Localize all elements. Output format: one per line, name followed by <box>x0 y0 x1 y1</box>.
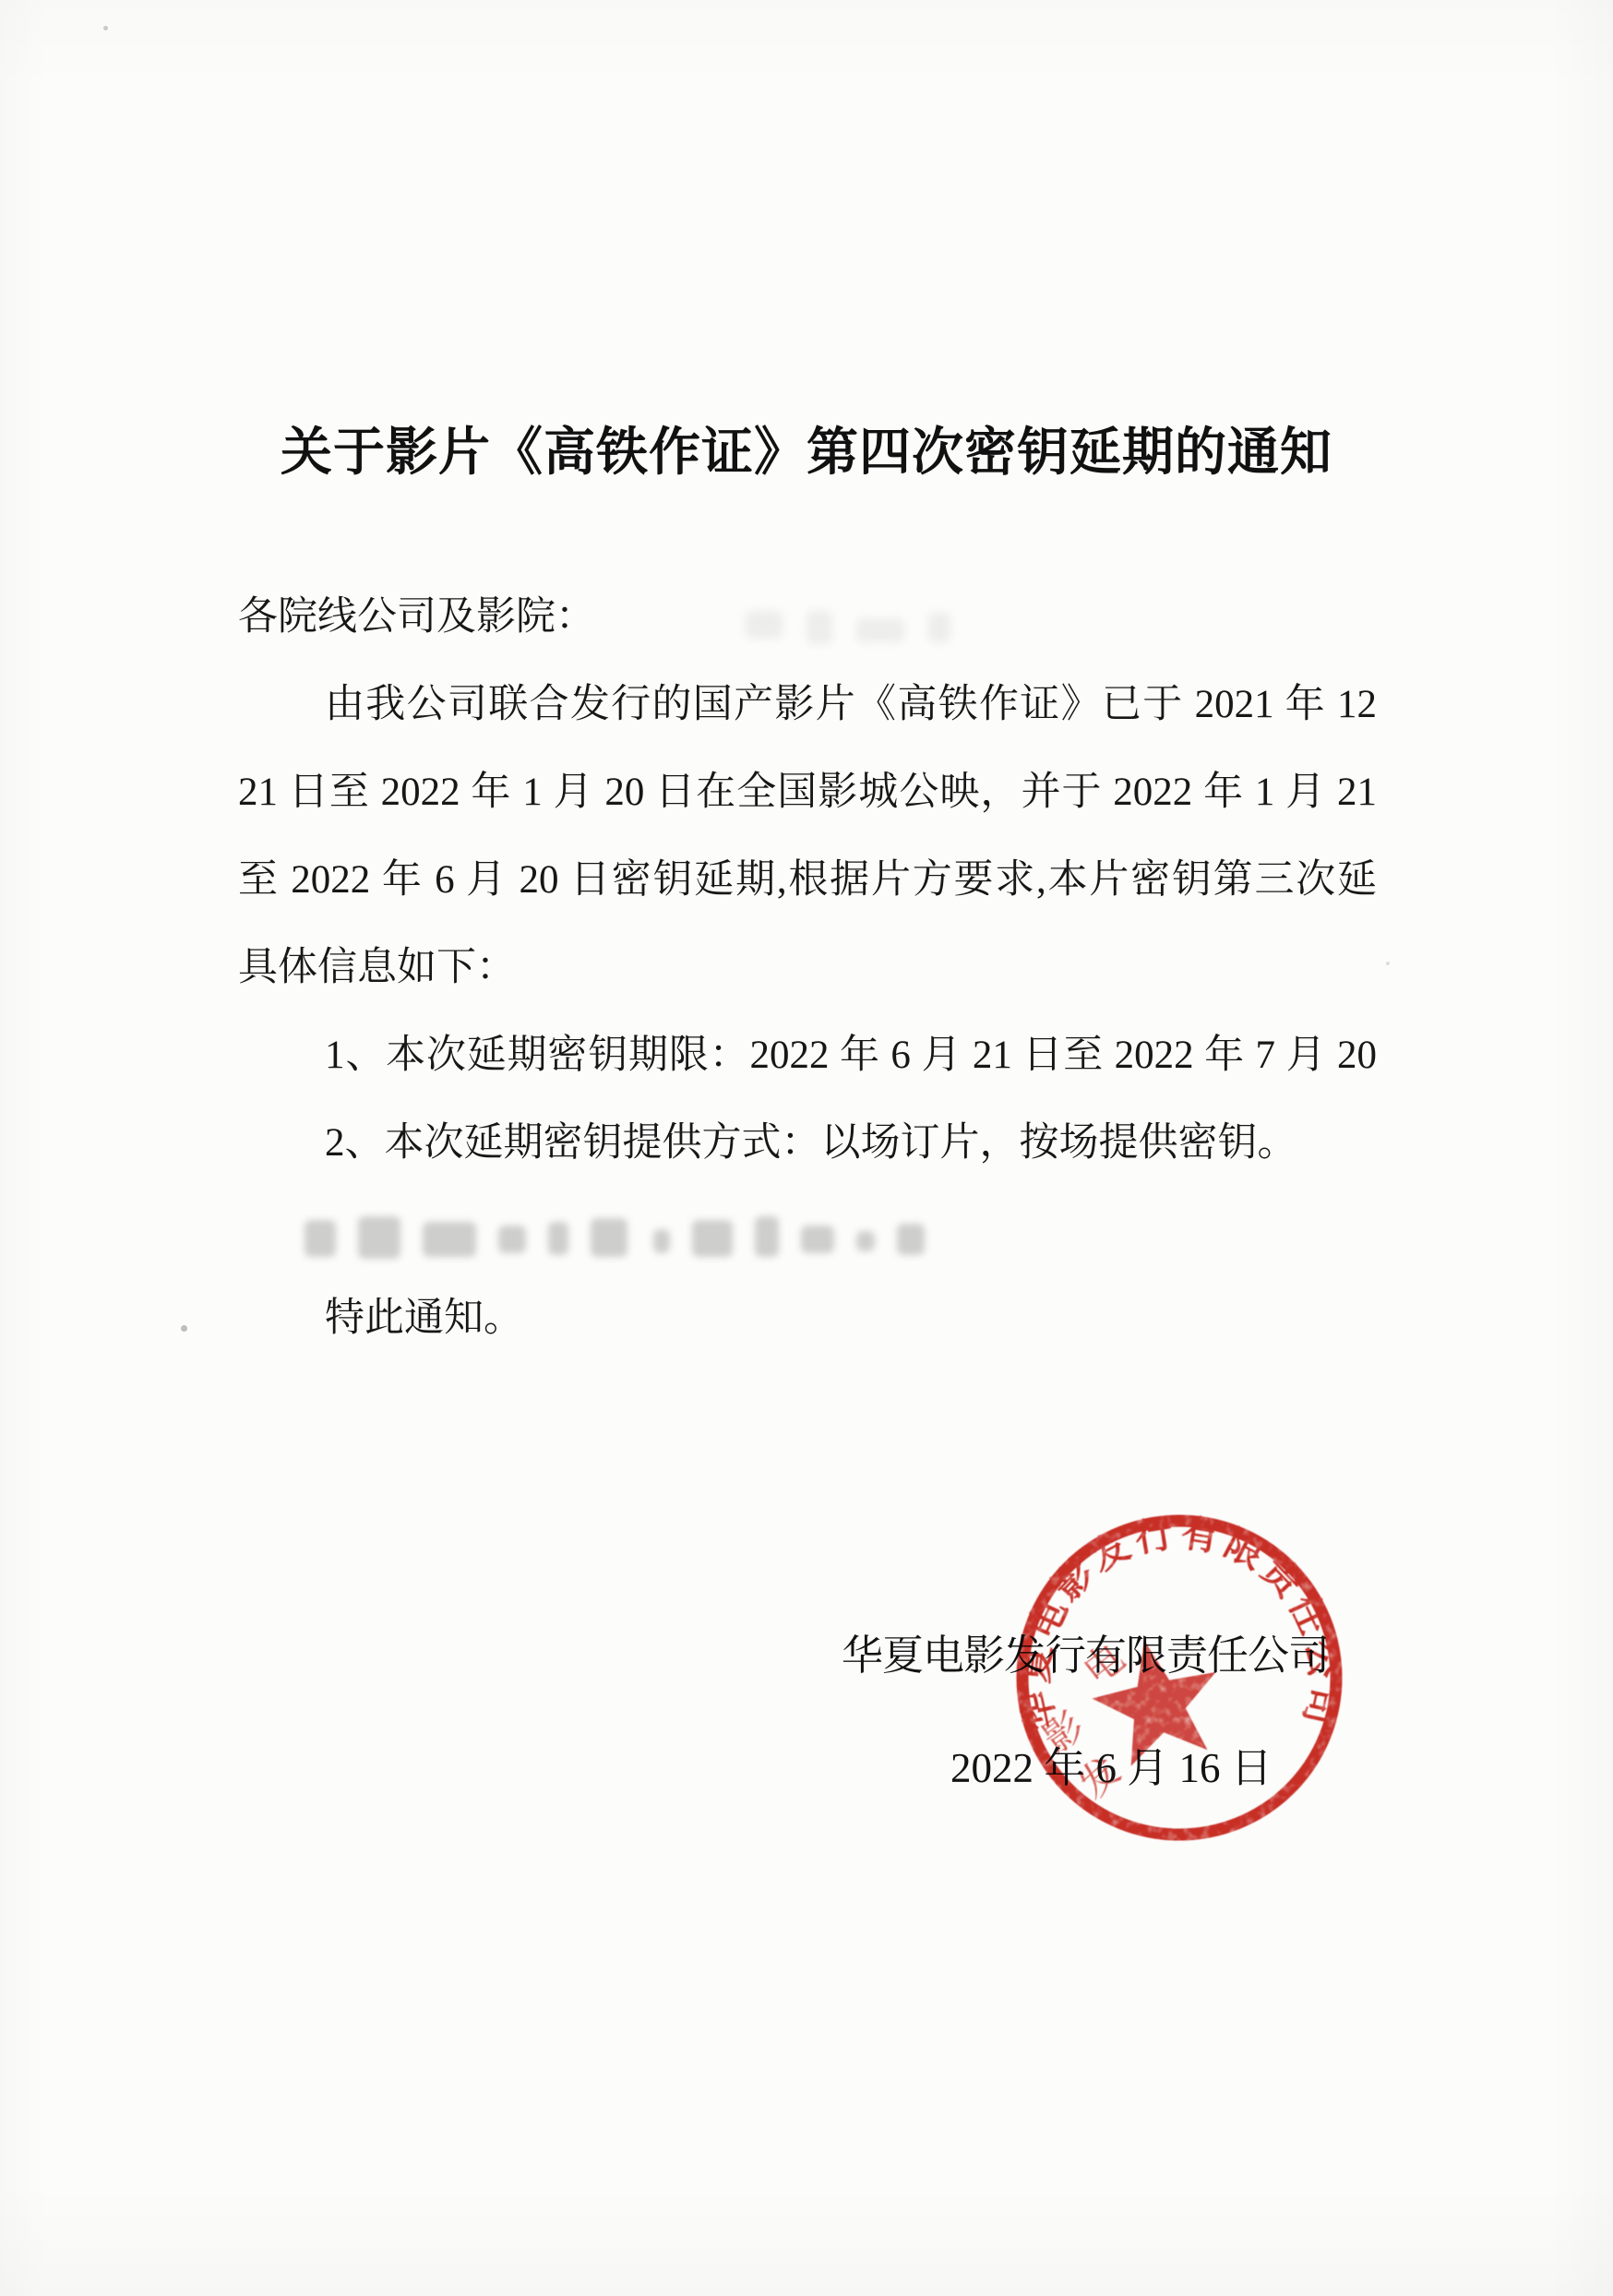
body-line-item-2: 2、本次延期密钥提供方式：以场订片，按场提供密钥。 <box>325 1117 1297 1170</box>
body-line-item-1: 1、本次延期密钥期限：2022 年 6 月 21 日至 2022 年 7 月 2… <box>325 1029 1377 1084</box>
body-line: 至 2022 年 6 月 20 日密钥延期,根据片方要求,本片密钥第三次延期, <box>238 854 1377 909</box>
body-line: 由我公司联合发行的国产影片《高铁作证》已于 2021 年 12 月 <box>325 678 1377 734</box>
official-seal: 华夏电影发行有限责任公司 电 影 发 <box>1009 1507 1350 1848</box>
scan-speck <box>103 26 108 30</box>
scan-speck <box>181 1325 187 1332</box>
body-line: 具体信息如下： <box>238 941 516 995</box>
closing-line: 特此通知。 <box>325 1292 523 1345</box>
seal-smudge-char: 电 <box>1076 1637 1132 1694</box>
ghost-text-artifact <box>305 1216 1043 1268</box>
scan-speck <box>1386 962 1390 965</box>
bleed-through-artifact <box>746 611 1059 648</box>
salutation: 各院线公司及影院： <box>238 591 595 644</box>
body-line: 21 日至 2022 年 1 月 20 日在全国影城公映，并于 2022 年 1… <box>238 766 1377 821</box>
page-title: 关于影片《高铁作证》第四次密钥延期的通知 <box>0 425 1613 482</box>
scanned-notice-page: 关于影片《高铁作证》第四次密钥延期的通知 各院线公司及影院： 由我公司联合发行的… <box>0 0 1613 2296</box>
